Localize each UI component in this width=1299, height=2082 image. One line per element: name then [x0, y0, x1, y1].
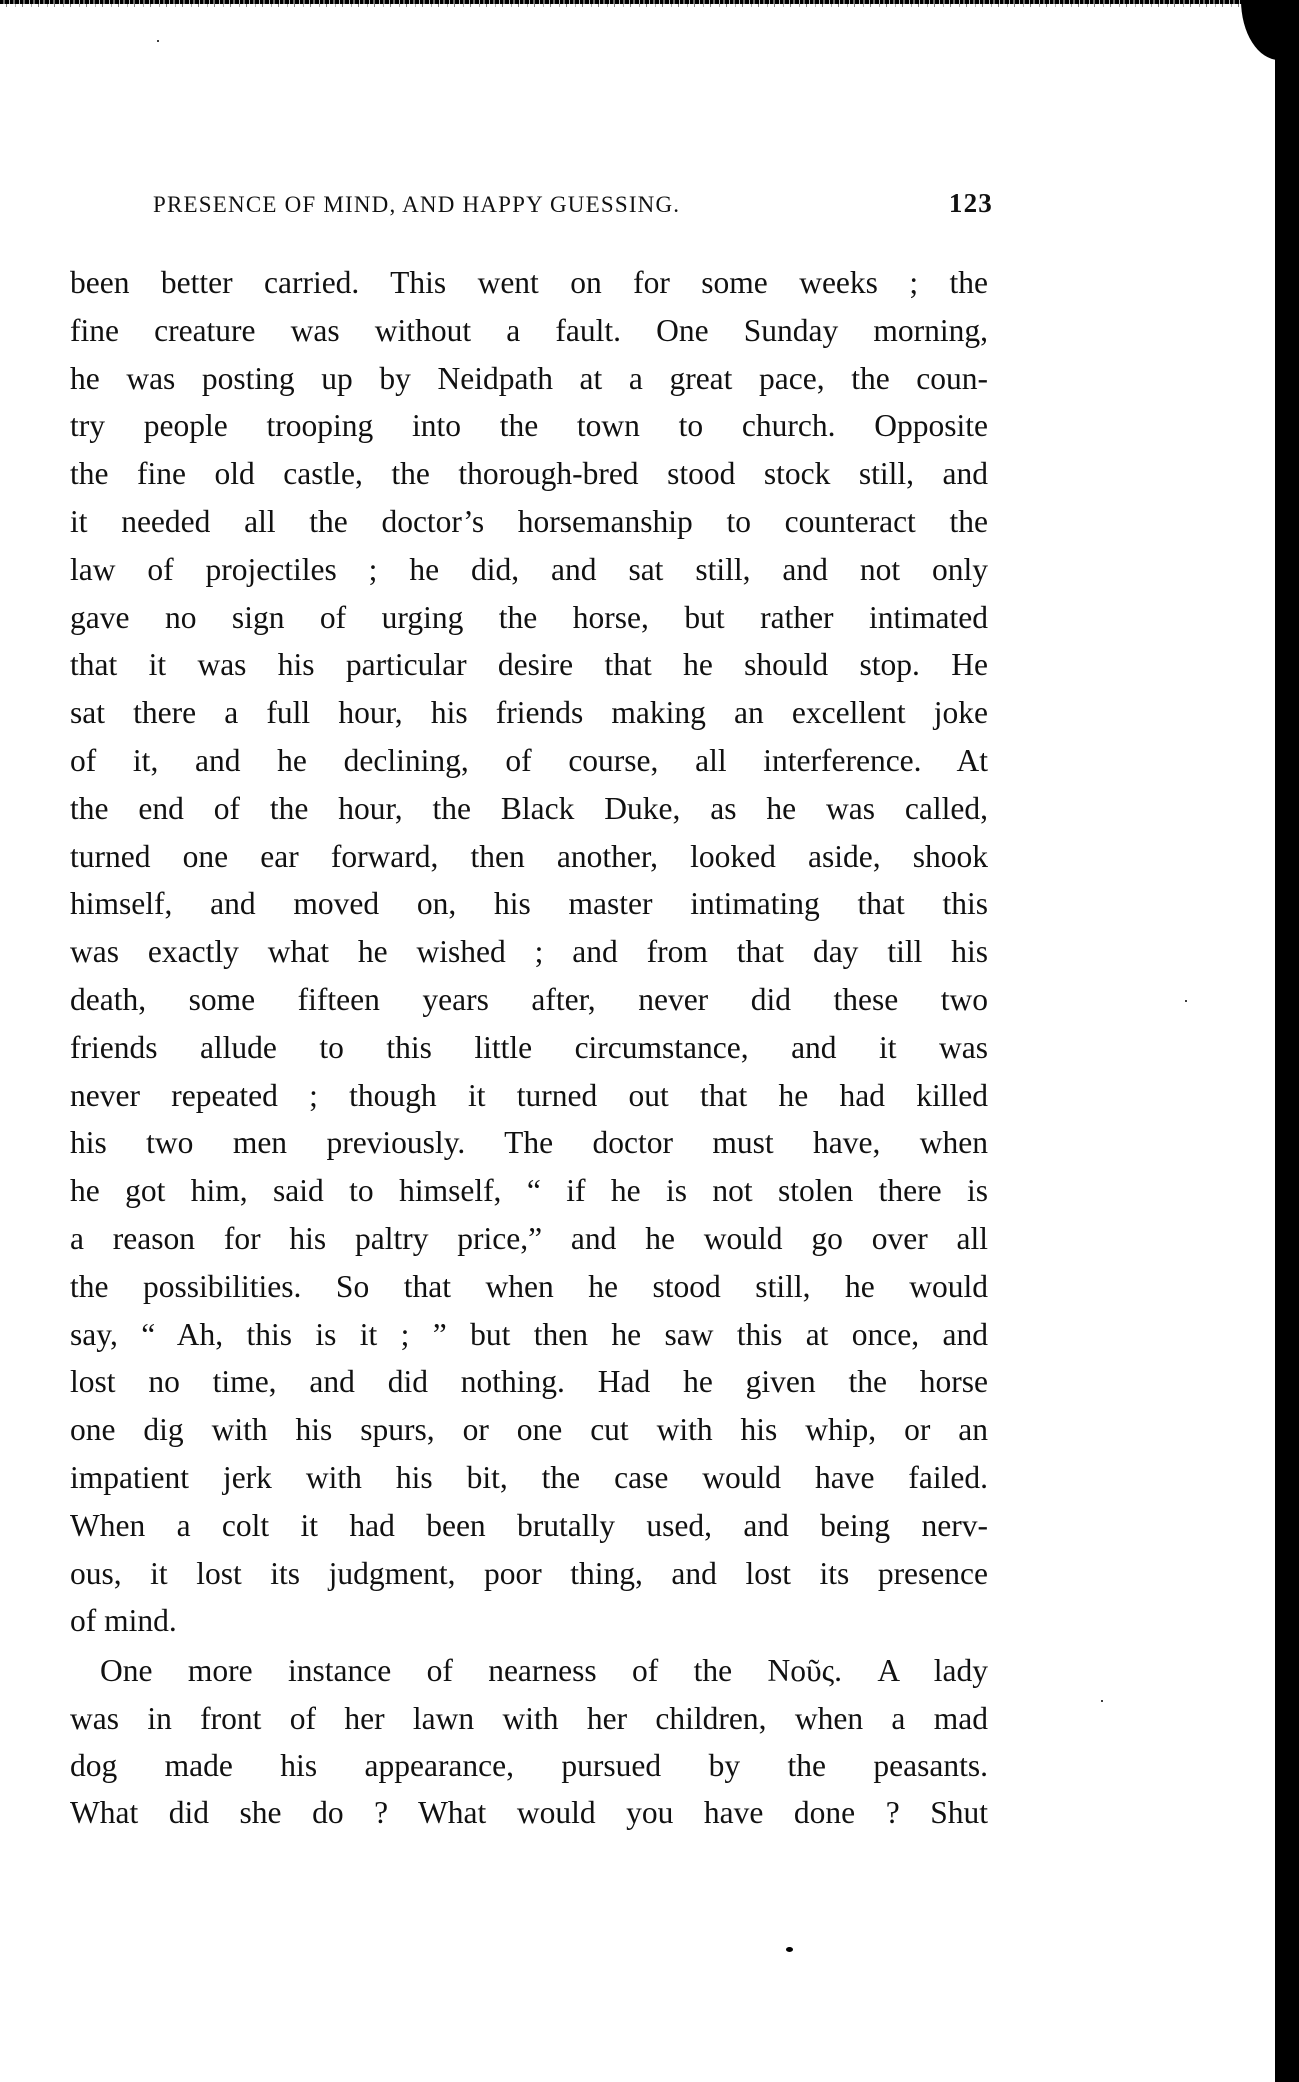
text-line: the end of the hour, the Black Duke, as … [70, 785, 988, 833]
text-line: say, “ Ah, this is it ; ” but then he sa… [70, 1311, 988, 1359]
page-right-edge [1275, 0, 1299, 2082]
text-line: himself, and moved on, his master intima… [70, 880, 988, 928]
text-line: friends allude to this little circumstan… [70, 1024, 988, 1072]
page-number: 123 [949, 188, 993, 219]
text-line: was exactly what he wished ; and from th… [70, 928, 988, 976]
ink-speck [1101, 1700, 1103, 1702]
text-line: he was posting up by Neidpath at a great… [70, 355, 988, 403]
text-line: it needed all the doctor’s horsemanship … [70, 498, 988, 546]
text-line: that it was his particular desire that h… [70, 641, 988, 689]
text-line: his two men previously. The doctor must … [70, 1119, 988, 1167]
text-line: the fine old castle, the thorough-bred s… [70, 450, 988, 498]
ink-speck [1185, 1000, 1187, 1002]
running-head-title: PRESENCE OF MIND, AND HAPPY GUESSING. [153, 192, 680, 218]
text-line: One more instance of nearness of the Νοῦ… [70, 1647, 988, 1694]
text-line: lost no time, and did nothing. Had he gi… [70, 1358, 988, 1406]
scanned-book-page: PRESENCE OF MIND, AND HAPPY GUESSING. 12… [0, 0, 1299, 2082]
text-line: sat there a full hour, his friends makin… [70, 689, 988, 737]
text-line: impatient jerk with his bit, the case wo… [70, 1454, 988, 1502]
text-line: was in front of her lawn with her childr… [70, 1695, 988, 1742]
body-text: been better carried. This went on for so… [70, 259, 988, 1837]
text-line: been better carried. This went on for so… [70, 259, 988, 307]
text-line: dog made his appearance, pursued by the … [70, 1742, 988, 1789]
text-line: turned one ear forward, then another, lo… [70, 833, 988, 881]
paragraph: been better carried. This went on for so… [70, 259, 988, 1645]
text-line: When a colt it had been brutally used, a… [70, 1502, 988, 1550]
text-line: a reason for his paltry price,” and he w… [70, 1215, 988, 1263]
text-line: gave no sign of urging the horse, but ra… [70, 594, 988, 642]
text-line: the possibilities. So that when he stood… [70, 1263, 988, 1311]
page-top-edge-noise [0, 4, 1270, 7]
page-corner-shadow [1241, 0, 1281, 60]
text-line: death, some fifteen years after, never d… [70, 976, 988, 1024]
text-line: try people trooping into the town to chu… [70, 402, 988, 450]
paragraph: One more instance of nearness of the Νοῦ… [70, 1647, 988, 1837]
text-line: never repeated ; though it turned out th… [70, 1072, 988, 1120]
text-line: one dig with his spurs, or one cut with … [70, 1406, 988, 1454]
ink-speck [157, 40, 159, 42]
text-line: he got him, said to himself, “ if he is … [70, 1167, 988, 1215]
text-line: law of projectiles ; he did, and sat sti… [70, 546, 988, 594]
text-line: fine creature was without a fault. One S… [70, 307, 988, 355]
text-line: of mind. [70, 1597, 988, 1645]
ink-speck [786, 1947, 793, 1952]
text-line: What did she do ? What would you have do… [70, 1789, 988, 1836]
text-line: of it, and he declining, of course, all … [70, 737, 988, 785]
running-head: PRESENCE OF MIND, AND HAPPY GUESSING. 12… [153, 188, 993, 218]
text-line: ous, it lost its judgment, poor thing, a… [70, 1550, 988, 1598]
